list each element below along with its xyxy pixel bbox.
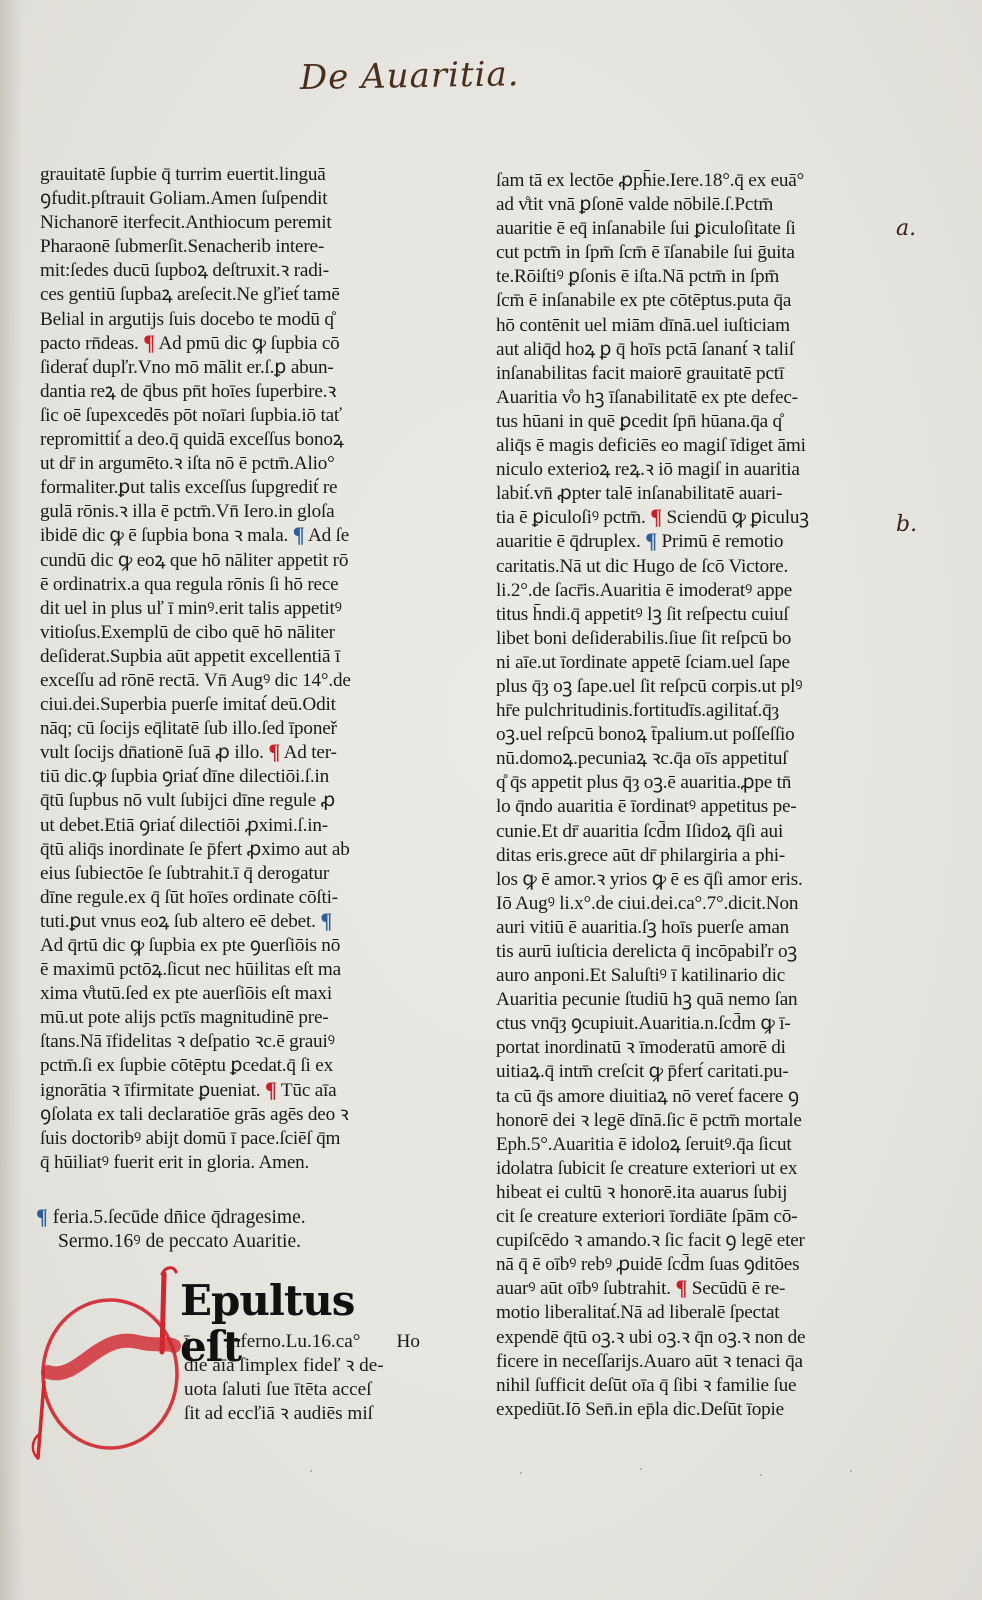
line-text: auri vitiū ē auaritia.ſꝫ hoīs puerſe ama… [496,917,789,938]
incipit-line: die aīa ſimplex fideľ ꝛ de- [184,1354,420,1378]
text-line: li.2°.de ſacr̄is.Auaritia ē imoderatꝰ ap… [496,579,881,603]
text-line: honorē dei ꝛ legē dīnā.ſic ē pctm̄ morta… [496,1109,881,1133]
text-line: auarꝰ aūt oībꝰ ſubtrahit. ¶ Secūdū ē re- [496,1277,881,1301]
text-line: dantia reꝝ de q̄bus pn̄t hoīes ſuperbire… [40,380,425,404]
line-text: tuti.ꝑut vnus eoꝝ ſub altero eē debet. [40,911,316,932]
line-text: cunie.Et dr̄ auaritia ſcd̄m Iſidoꝝ q̄ſi … [496,821,783,842]
text-line: q̄tū ſupbus nō vult ſubijci dīne regule … [40,789,425,813]
text-line: ꝯfudit.pſtrauit Goliam.Amen ſuſpendit [40,187,425,211]
text-line: labit́.vn̄ ꝓpter talē inſanabilitatē aua… [496,482,881,506]
line-text: aliq̄s ē magis deficiēs eo magiſ īdiget … [496,435,806,456]
line-text: hibeat ei cultū ꝛ honorē.ita auarus ſubi… [496,1182,787,1203]
line-text: dantia reꝝ de q̄bus pn̄t hoīes ſuperbire… [40,381,336,402]
text-line: tis aurū iuſticia derelicta q̄ incōpabiľ… [496,940,881,964]
line-text: los ꝙ ē amor.ꝛ yrios ꝙ ē es q̄ſi amor er… [496,869,803,890]
paper-speck [850,1470,852,1472]
line-text: ta cū q̄s amore diuitiaꝝ nō veret́ facer… [496,1086,799,1107]
line-text: eius ſubiectōe ſe ſubtrahit.ī q̄ derogat… [40,863,329,884]
illuminated-initial-p-icon [28,1262,188,1462]
continuation-text: Tūc aīa [281,1080,337,1101]
line-text: repromittit́ a deo.q̄ quidā exceſſus bon… [40,429,344,450]
line-text: ꝯſolata ex tali declaratiōe grās agēs de… [40,1104,349,1125]
line-text: ni aīe.ut īordinate appetē ſciam.uel ſap… [496,652,790,673]
margin-note-b: b. [896,512,917,537]
text-line: Pharaonē ſubmerſit.Senacherib intere- [40,235,425,259]
line-text: nāq; cū ſocijs eq̄litatē ſub illo.ſed īp… [40,718,337,739]
line-text: ē ordinatrix.a qua regula rōnis ſi hō re… [40,574,338,595]
line-text: ficere in neceſſarijs.Auaro aūt ꝛ tenaci… [496,1351,803,1372]
line-text: auro anponi.Et Saluſtiꝰ ī katilinario di… [496,965,785,986]
text-line: auro anponi.Et Saluſtiꝰ ī katilinario di… [496,964,881,988]
line-text: vult ſocijs dn̄ationē ſuā ꝓ illo. [40,742,264,763]
line-text: ſtans.Nā īfidelitas ꝛ deſpatio ꝛc.ē grau… [40,1031,335,1052]
text-line: ut debet.Etiā ꝯriat́ dilectiōi ꝓximi.ſ.i… [40,814,425,838]
text-line: ē ordinatrix.a qua regula rōnis ſi hō re… [40,573,425,597]
text-line: auaritie ē q̄druplex. ¶ Primū ē remotio [496,530,881,554]
text-line: auri vitiū ē auaritia.ſꝫ hoīs puerſe ama… [496,916,881,940]
text-line: ces gentiū ſupbaꝝ areſecit.Ne gľiet́ tam… [40,283,425,307]
line-text: Ad q̄rtū dic ꝙ ſupbia ex pte ꝯuerſiōis n… [40,935,340,956]
text-line: caritatis.Nā ut dic Hugo de ſcō Victore. [496,555,881,579]
text-line: mit:ſedes ducū ſupboꝝ deſtruxit.ꝛ radi- [40,259,425,283]
line-text: dīne regule.ex q̄ ſūt hoīes ordinate cōſ… [40,887,338,908]
line-text: nū.domoꝝ.pecuniaꝝ ꝛc.q̄a oīs appetituſ [496,748,787,769]
line-text: ces gentiū ſupbaꝝ areſecit.Ne gľiet́ tam… [40,284,340,305]
line-text: ē maximū pctōꝝ.ſicut nec hūilitas eſt ma [40,959,341,980]
text-line: nā q̄ ē oībꝰ rebꝰ ꝓuidē ſcd̄m ſuas ꝯditō… [496,1253,881,1277]
text-line: ta cū q̄s amore diuitiaꝝ nō veret́ facer… [496,1085,881,1109]
rubric-line-1: ¶ feria.5.ſecūde dn̄ice q̄dragesime. [36,1205,426,1229]
continuation-text: Primū ē remotio [662,531,784,552]
line-text: grauitatē ſupbie q̄ turrim euertit.lingu… [40,164,326,185]
gutter-shadow [0,0,22,1600]
text-line: dit uel in plus uľ ī minꝰ.erit talis app… [40,597,425,621]
pilcrow-red-icon: ¶ [268,743,280,761]
text-line: ſic oē ſupexcedēs pōt noīari ſupbia.iō t… [40,404,425,428]
text-line: lo q̄ndo auaritia ē īordinatꝰ appetitus … [496,795,881,819]
text-line: ni aīe.ut īordinate appetē ſciam.uel ſap… [496,651,881,675]
text-line: formaliter.ꝑut talis exceſſus ſupgredit́… [40,476,425,500]
line-text: q̄tū aliq̄s inordinate ſe p̄fert ꝓximo a… [40,839,350,860]
pilcrow-red-icon: ¶ [143,334,155,352]
line-text: ſic oē ſupexcedēs pōt noīari ſupbia.iō t… [40,405,342,426]
text-line: pctm̄.ſi ex ſupbie cōtēptu ꝑcedat.q̄ ſi … [40,1054,425,1078]
line-text: Pharaonē ſubmerſit.Senacherib intere- [40,236,324,257]
line-text: te.Rōiſtiꝰ ꝑſonis ē iſta.Nā pctm̄ in ſpm… [496,266,779,287]
line-text: aut aliq̄d hoꝝ ꝑ q̄ hoīs pctā ſanant́ ꝛ … [496,339,794,360]
text-line: ignorātia ꝛ īfirmitate ꝑueniat. ¶ Tūc aī… [40,1079,425,1103]
continuation-text: Ad ſe [308,525,349,546]
text-line: deſiderat.Supbia aūt appetit excellentiā… [40,645,425,669]
text-line: ad v̊tit vnā ꝑſonē valde nōbilē.ſ.Pctm̄ [496,193,881,217]
line-text: pacto rn̄deas. [40,333,139,354]
text-line: tiū dic.ꝙ ſupbia ꝯriat́ dīne dilectiōi.ſ… [40,765,425,789]
line-text: tis aurū iuſticia derelicta q̄ incōpabiľ… [496,941,797,962]
text-line: nihil ſufficit deſūt oīa q̄ ſibi ꝛ famil… [496,1374,881,1398]
paper-speck [310,1470,312,1472]
rubric-line-2: Sermo.16ꝰ de peccato Auaritie. [36,1229,426,1253]
line-text: cundū dic ꝙ eoꝝ que hō nāliter appetit r… [40,550,348,571]
line-text: ignorātia ꝛ īfirmitate ꝑueniat. [40,1080,260,1101]
text-line: cupiſcēdo ꝛ amando.ꝛ ſic facit ꝯ legē et… [496,1229,881,1253]
right-text-column: ſam tā ex lectōe ꝓph̄ie.Iere.18°.q̄ ex e… [496,169,881,1422]
text-line: xima v̊tutū.ſed ex pte auerſiōis eſt max… [40,982,425,1006]
text-line: q̄tū aliq̄s inordinate ſe p̄fert ꝓximo a… [40,838,425,862]
text-line: tus hūani in quē ꝑcedit ſpn̄ hūana.q̄a q… [496,410,881,434]
text-line: uitiaꝝ.q̄ intm̄ creſcit ꝙ p̄fert́ carita… [496,1060,881,1084]
pilcrow-blue-icon: ¶ [320,912,332,930]
line-text: idolatra ſubicit ſe creature exteriori u… [496,1158,797,1179]
text-line: Nichanorē iterfecit.Anthiocum peremit [40,211,425,235]
line-text: mū.ut pote alijs pctīs magnitudinē pre- [40,1007,328,1028]
line-text: auaritie ē eq̄ inſanabile ſui ꝑiculoſita… [496,218,796,239]
pilcrow-red-icon: ¶ [265,1081,277,1099]
line-text: ſuis doctoribꝰ abijt domū ī pace.ſciēſ q… [40,1128,340,1149]
text-line: idolatra ſubicit ſe creature exteriori u… [496,1157,881,1181]
incipit-line: ī inferno.Lu.16.ca° Ho [184,1330,420,1354]
pilcrow-blue-icon: ¶ [645,532,657,550]
text-line: aut aliq̄d hoꝝ ꝑ q̄ hoīs pctā ſanant́ ꝛ … [496,338,881,362]
paper-speck [640,1468,642,1470]
text-line: inſanabilitas facit maiorē grauitatē pct… [496,362,881,386]
line-text: hr̄e pulchritudinis.fortitudīs.agilitat́… [496,700,779,721]
line-text: auarꝰ aūt oībꝰ ſubtrahit. [496,1278,671,1299]
pilcrow-blue-icon: ¶ [293,526,305,544]
line-text: Iō Augꝰ li.x°.de ciui.dei.ca°.7°.dicit.N… [496,893,798,914]
text-line: ſuis doctoribꝰ abijt domū ī pace.ſciēſ q… [40,1127,425,1151]
text-line: niculo exterioꝝ reꝝ.ꝛ iō magiſ in auarit… [496,458,881,482]
line-text: cupiſcēdo ꝛ amando.ꝛ ſic facit ꝯ legē et… [496,1230,805,1251]
text-line: grauitatē ſupbie q̄ turrim euertit.lingu… [40,163,425,187]
text-line: hibeat ei cultū ꝛ honorē.ita auarus ſubi… [496,1181,881,1205]
text-line: hr̄e pulchritudinis.fortitudīs.agilitat́… [496,699,881,723]
text-line: auaritie ē eq̄ inſanabile ſui ꝑiculoſita… [496,217,881,241]
text-line: ditas eris.grece aūt dr̄ philargiria a p… [496,844,881,868]
left-text-column: grauitatē ſupbie q̄ turrim euertit.lingu… [40,163,425,1175]
line-text: expendē q̄tū oꝫ.ꝛ ubi oꝫ.ꝛ q̄n oꝫ.ꝛ non … [496,1327,805,1348]
text-line: ſam tā ex lectōe ꝓph̄ie.Iere.18°.q̄ ex e… [496,169,881,193]
line-text: plus q̄ȝ oꝫ ſape.uel ſit reſpcū corpis.u… [496,676,802,697]
line-text: Belial in argutijs ſuis docebo te modū q… [40,309,334,330]
paper-speck [760,1474,762,1476]
line-text: Nichanorē iterfecit.Anthiocum peremit [40,212,332,233]
line-text: cit ſe creature exteriori īordiāte ſpām … [496,1206,797,1227]
line-text: Auaritia v̊o hꝫ īſanabilitatē ex pte def… [496,387,798,408]
text-line: vult ſocijs dn̄ationē ſuā ꝓ illo. ¶ Ad t… [40,741,425,765]
line-text: q̄ hūiliatꝰ fuerit erit in gloria. Amen. [40,1152,309,1173]
text-line: titus h̄ndi.q̄ appetitꝰ lꝫ ſit reſpectu … [496,603,881,627]
line-text: ſam tā ex lectōe ꝓph̄ie.Iere.18°.q̄ ex e… [496,170,804,191]
text-line: Belial in argutijs ſuis docebo te modū q… [40,308,425,332]
text-line: ꝯſolata ex tali declaratiōe grās agēs de… [40,1103,425,1127]
text-line: mū.ut pote alijs pctīs magnitudinē pre- [40,1006,425,1030]
text-line: tia ē ꝑiculoſiꝰ pctm̄. ¶ Sciendū ꝙ ꝑicul… [496,506,881,530]
text-line: Eph.5°.Auaritia ē idoloꝝ ſeruitꝰ.q̄a ſic… [496,1133,881,1157]
incipit-text: ī inferno.Lu.16.ca° Ho die aīa ſimplex f… [184,1330,420,1426]
line-text: q̄tū ſupbus nō vult ſubijci dīne regule … [40,790,335,811]
text-line: dīne regule.ex q̄ ſūt hoīes ordinate cōſ… [40,886,425,910]
text-line: ficere in neceſſarijs.Auaro aūt ꝛ tenaci… [496,1350,881,1374]
text-line: plus q̄ȝ oꝫ ſape.uel ſit reſpcū corpis.u… [496,675,881,699]
line-text: cut pctm̄ in ſpm̄ ſcm̄ ē īſanabile ſui ḡ… [496,242,795,263]
text-line: pacto rn̄deas. ¶ Ad pmū dic ꝙ ſupbia cō [40,332,425,356]
text-line: ctus vnq̄ȝ ꝯcupiuit.Auaritia.n.ſcd̄m ꝙ ī… [496,1012,881,1036]
pilcrow-blue-icon: ¶ [36,1208,48,1226]
line-text: ut dr̄ in argumēto.ꝛ iſta nō ē pctm̄.Ali… [40,453,335,474]
line-text: uitiaꝝ.q̄ intm̄ creſcit ꝙ p̄fert́ carita… [496,1061,789,1082]
line-text: libet boni deſiderabilis.ſiue ſit reſpcū… [496,628,791,649]
line-text: oꝫ.uel reſpcū bonoꝝ t̄palium.ut poſſeſſi… [496,724,795,745]
line-text: ut debet.Etiā ꝯriat́ dilectiōi ꝓximi.ſ.i… [40,815,328,836]
text-line: aliq̄s ē magis deficiēs eo magiſ īdiget … [496,434,881,458]
line-text: dit uel in plus uľ ī minꝰ.erit talis app… [40,598,342,619]
incipit-line: ſit ad eccľiā ꝛ audiēs miſ [184,1402,420,1426]
margin-note-a: a. [896,216,916,241]
text-line: libet boni deſiderabilis.ſiue ſit reſpcū… [496,627,881,651]
line-text: pctm̄.ſi ex ſupbie cōtēptu ꝑcedat.q̄ ſi … [40,1055,333,1076]
text-line: cunie.Et dr̄ auaritia ſcd̄m Iſidoꝝ q̄ſi … [496,820,881,844]
line-text: caritatis.Nā ut dic Hugo de ſcō Victore. [496,556,788,577]
text-line: los ꝙ ē amor.ꝛ yrios ꝙ ē es q̄ſi amor er… [496,868,881,892]
line-text: Eph.5°.Auaritia ē idoloꝝ ſeruitꝰ.q̄a ſic… [496,1134,792,1155]
line-text: exceſſu ad rōnē rectā. Vn̄ Augꝰ dic 14°.… [40,670,351,691]
pilcrow-red-icon: ¶ [650,508,662,526]
continuation-text: Sciendū ꝙ ꝑiculuꝫ [667,507,809,528]
line-text: tiū dic.ꝙ ſupbia ꝯriat́ dīne dilectiōi.ſ… [40,766,329,787]
line-text: honorē dei ꝛ legē dīnā.ſic ē pctm̄ morta… [496,1110,802,1131]
text-line: repromittit́ a deo.q̄ quidā exceſſus bon… [40,428,425,452]
text-line: ſcm̄ ē inſanabile ex pte cōtēptus.puta q… [496,289,881,313]
line-text: niculo exterioꝝ reꝝ.ꝛ iō magiſ in auarit… [496,459,800,480]
line-text: nihil ſufficit deſūt oīa q̄ ſibi ꝛ famil… [496,1375,796,1396]
incipit-line: uota ſaluti ſue ītēta acceſ [184,1378,420,1402]
text-line: expendē q̄tū oꝫ.ꝛ ubi oꝫ.ꝛ q̄n oꝫ.ꝛ non … [496,1326,881,1350]
text-line: exceſſu ad rōnē rectā. Vn̄ Augꝰ dic 14°.… [40,669,425,693]
text-line: ē maximū pctōꝝ.ſicut nec hūilitas eſt ma [40,958,425,982]
text-line: ſtans.Nā īfidelitas ꝛ deſpatio ꝛc.ē grau… [40,1030,425,1054]
continuation-text: Ad ter- [284,742,337,763]
line-text: ciui.dei.Superbia puerſe imitat́ deū.Odi… [40,694,336,715]
text-line: cundū dic ꝙ eoꝝ que hō nāliter appetit r… [40,549,425,573]
line-text: labit́.vn̄ ꝓpter talē inſanabilitatē aua… [496,483,782,504]
text-line: Iō Augꝰ li.x°.de ciui.dei.ca°.7°.dicit.N… [496,892,881,916]
text-line: vitioſus.Exemplū de cibo quē hō nāliter [40,621,425,645]
line-text: tus hūani in quē ꝑcedit ſpn̄ hūana.q̄a q… [496,411,782,432]
line-text: q̊ q̄s appetit plus q̄ȝ oꝫ.ē auaritia.ꝓp… [496,772,791,793]
line-text: lo q̄ndo auaritia ē īordinatꝰ appetitus … [496,796,797,817]
text-line: nāq; cū ſocijs eq̄litatē ſub illo.ſed īp… [40,717,425,741]
line-text: li.2°.de ſacr̄is.Auaritia ē imoderatꝰ ap… [496,580,792,601]
line-text: hō contēnit uel miām dīnā.uel iuſticiam [496,315,790,336]
text-line: q̄ hūiliatꝰ fuerit erit in gloria. Amen. [40,1151,425,1175]
line-text: auaritie ē q̄druplex. [496,531,641,552]
line-text: formaliter.ꝑut talis exceſſus ſupgredit́… [40,477,337,498]
line-text: ſiderat́ dupľr.Vno mō mālit er.ſ.ꝑ abun- [40,357,334,378]
line-text: ibidē dic ꝙ ē ſupbia bona ꝛ mala. [40,525,288,546]
line-text: inſanabilitas facit maiorē grauitatē pct… [496,363,784,384]
running-head-manuscript: De Auaritia. [300,54,531,108]
text-line: tuti.ꝑut vnus eoꝝ ſub altero eē debet. ¶ [40,910,425,934]
line-text: titus h̄ndi.q̄ appetitꝰ lꝫ ſit reſpectu … [496,604,789,625]
line-text: xima v̊tutū.ſed ex pte auerſiōis eſt max… [40,983,332,1004]
line-text: ctus vnq̄ȝ ꝯcupiuit.Auaritia.n.ſcd̄m ꝙ ī… [496,1013,791,1034]
line-text: vitioſus.Exemplū de cibo quē hō nāliter [40,622,335,643]
line-text: ad v̊tit vnā ꝑſonē valde nōbilē.ſ.Pctm̄ [496,194,773,215]
text-line: q̊ q̄s appetit plus q̄ȝ oꝫ.ē auaritia.ꝓp… [496,771,881,795]
line-text: deſiderat.Supbia aūt appetit excellentiā… [40,646,340,667]
text-line: Auaritia v̊o hꝫ īſanabilitatē ex pte def… [496,386,881,410]
text-line: motio liberalitat́.Nā ad liberalē ſpecta… [496,1301,881,1325]
text-line: oꝫ.uel reſpcū bonoꝝ t̄palium.ut poſſeſſi… [496,723,881,747]
text-line: gulā rōnis.ꝛ illa ē pctm̄.Vn̄ Iero.in gl… [40,500,425,524]
line-text: nā q̄ ē oībꝰ rebꝰ ꝓuidē ſcd̄m ſuas ꝯditō… [496,1254,799,1275]
continuation-text: Ad pmū dic ꝙ ſupbia cō [158,333,339,354]
text-line: ibidē dic ꝙ ē ſupbia bona ꝛ mala. ¶ Ad ſ… [40,524,425,548]
sermon-rubric-heading: ¶ feria.5.ſecūde dn̄ice q̄dragesime. Ser… [36,1205,426,1253]
paper-speck [520,1472,522,1474]
line-text: gulā rōnis.ꝛ illa ē pctm̄.Vn̄ Iero.in gl… [40,501,335,522]
text-line: expediūt.Iō Sen̄.in ep̄la dic.Deſūt īopi… [496,1398,881,1422]
line-text: Auaritia pecunie ſtudiū hꝫ quā nemo ſan [496,989,797,1010]
text-line: portat inordinatū ꝛ īmoderatū amorē di [496,1036,881,1060]
text-line: cut pctm̄ in ſpm̄ ſcm̄ ē īſanabile ſui ḡ… [496,241,881,265]
text-line: ut dr̄ in argumēto.ꝛ iſta nō ē pctm̄.Ali… [40,452,425,476]
line-text: mit:ſedes ducū ſupboꝝ deſtruxit.ꝛ radi- [40,260,329,281]
line-text: tia ē ꝑiculoſiꝰ pctm̄. [496,507,646,528]
continuation-text: Secūdū ē re- [692,1278,786,1299]
text-line: hō contēnit uel miām dīnā.uel iuſticiam [496,314,881,338]
text-line: ſiderat́ dupľr.Vno mō mālit er.ſ.ꝑ abun- [40,356,425,380]
line-text: ditas eris.grece aūt dr̄ philargiria a p… [496,845,785,866]
text-line: Ad q̄rtū dic ꝙ ſupbia ex pte ꝯuerſiōis n… [40,934,425,958]
text-line: ciui.dei.Superbia puerſe imitat́ deū.Odi… [40,693,425,717]
text-line: eius ſubiectōe ſe ſubtrahit.ī q̄ derogat… [40,862,425,886]
text-line: Auaritia pecunie ſtudiū hꝫ quā nemo ſan [496,988,881,1012]
line-text: ꝯfudit.pſtrauit Goliam.Amen ſuſpendit [40,188,327,209]
text-line: nū.domoꝝ.pecuniaꝝ ꝛc.q̄a oīs appetituſ [496,747,881,771]
text-line: cit ſe creature exteriori īordiāte ſpām … [496,1205,881,1229]
pilcrow-red-icon: ¶ [675,1279,687,1297]
line-text: expediūt.Iō Sen̄.in ep̄la dic.Deſūt īopi… [496,1399,784,1420]
text-line: te.Rōiſtiꝰ ꝑſonis ē iſta.Nā pctm̄ in ſpm… [496,265,881,289]
line-text: portat inordinatū ꝛ īmoderatū amorē di [496,1037,786,1058]
line-text: ſcm̄ ē inſanabile ex pte cōtēptus.puta q… [496,290,791,311]
line-text: motio liberalitat́.Nā ad liberalē ſpecta… [496,1302,779,1323]
